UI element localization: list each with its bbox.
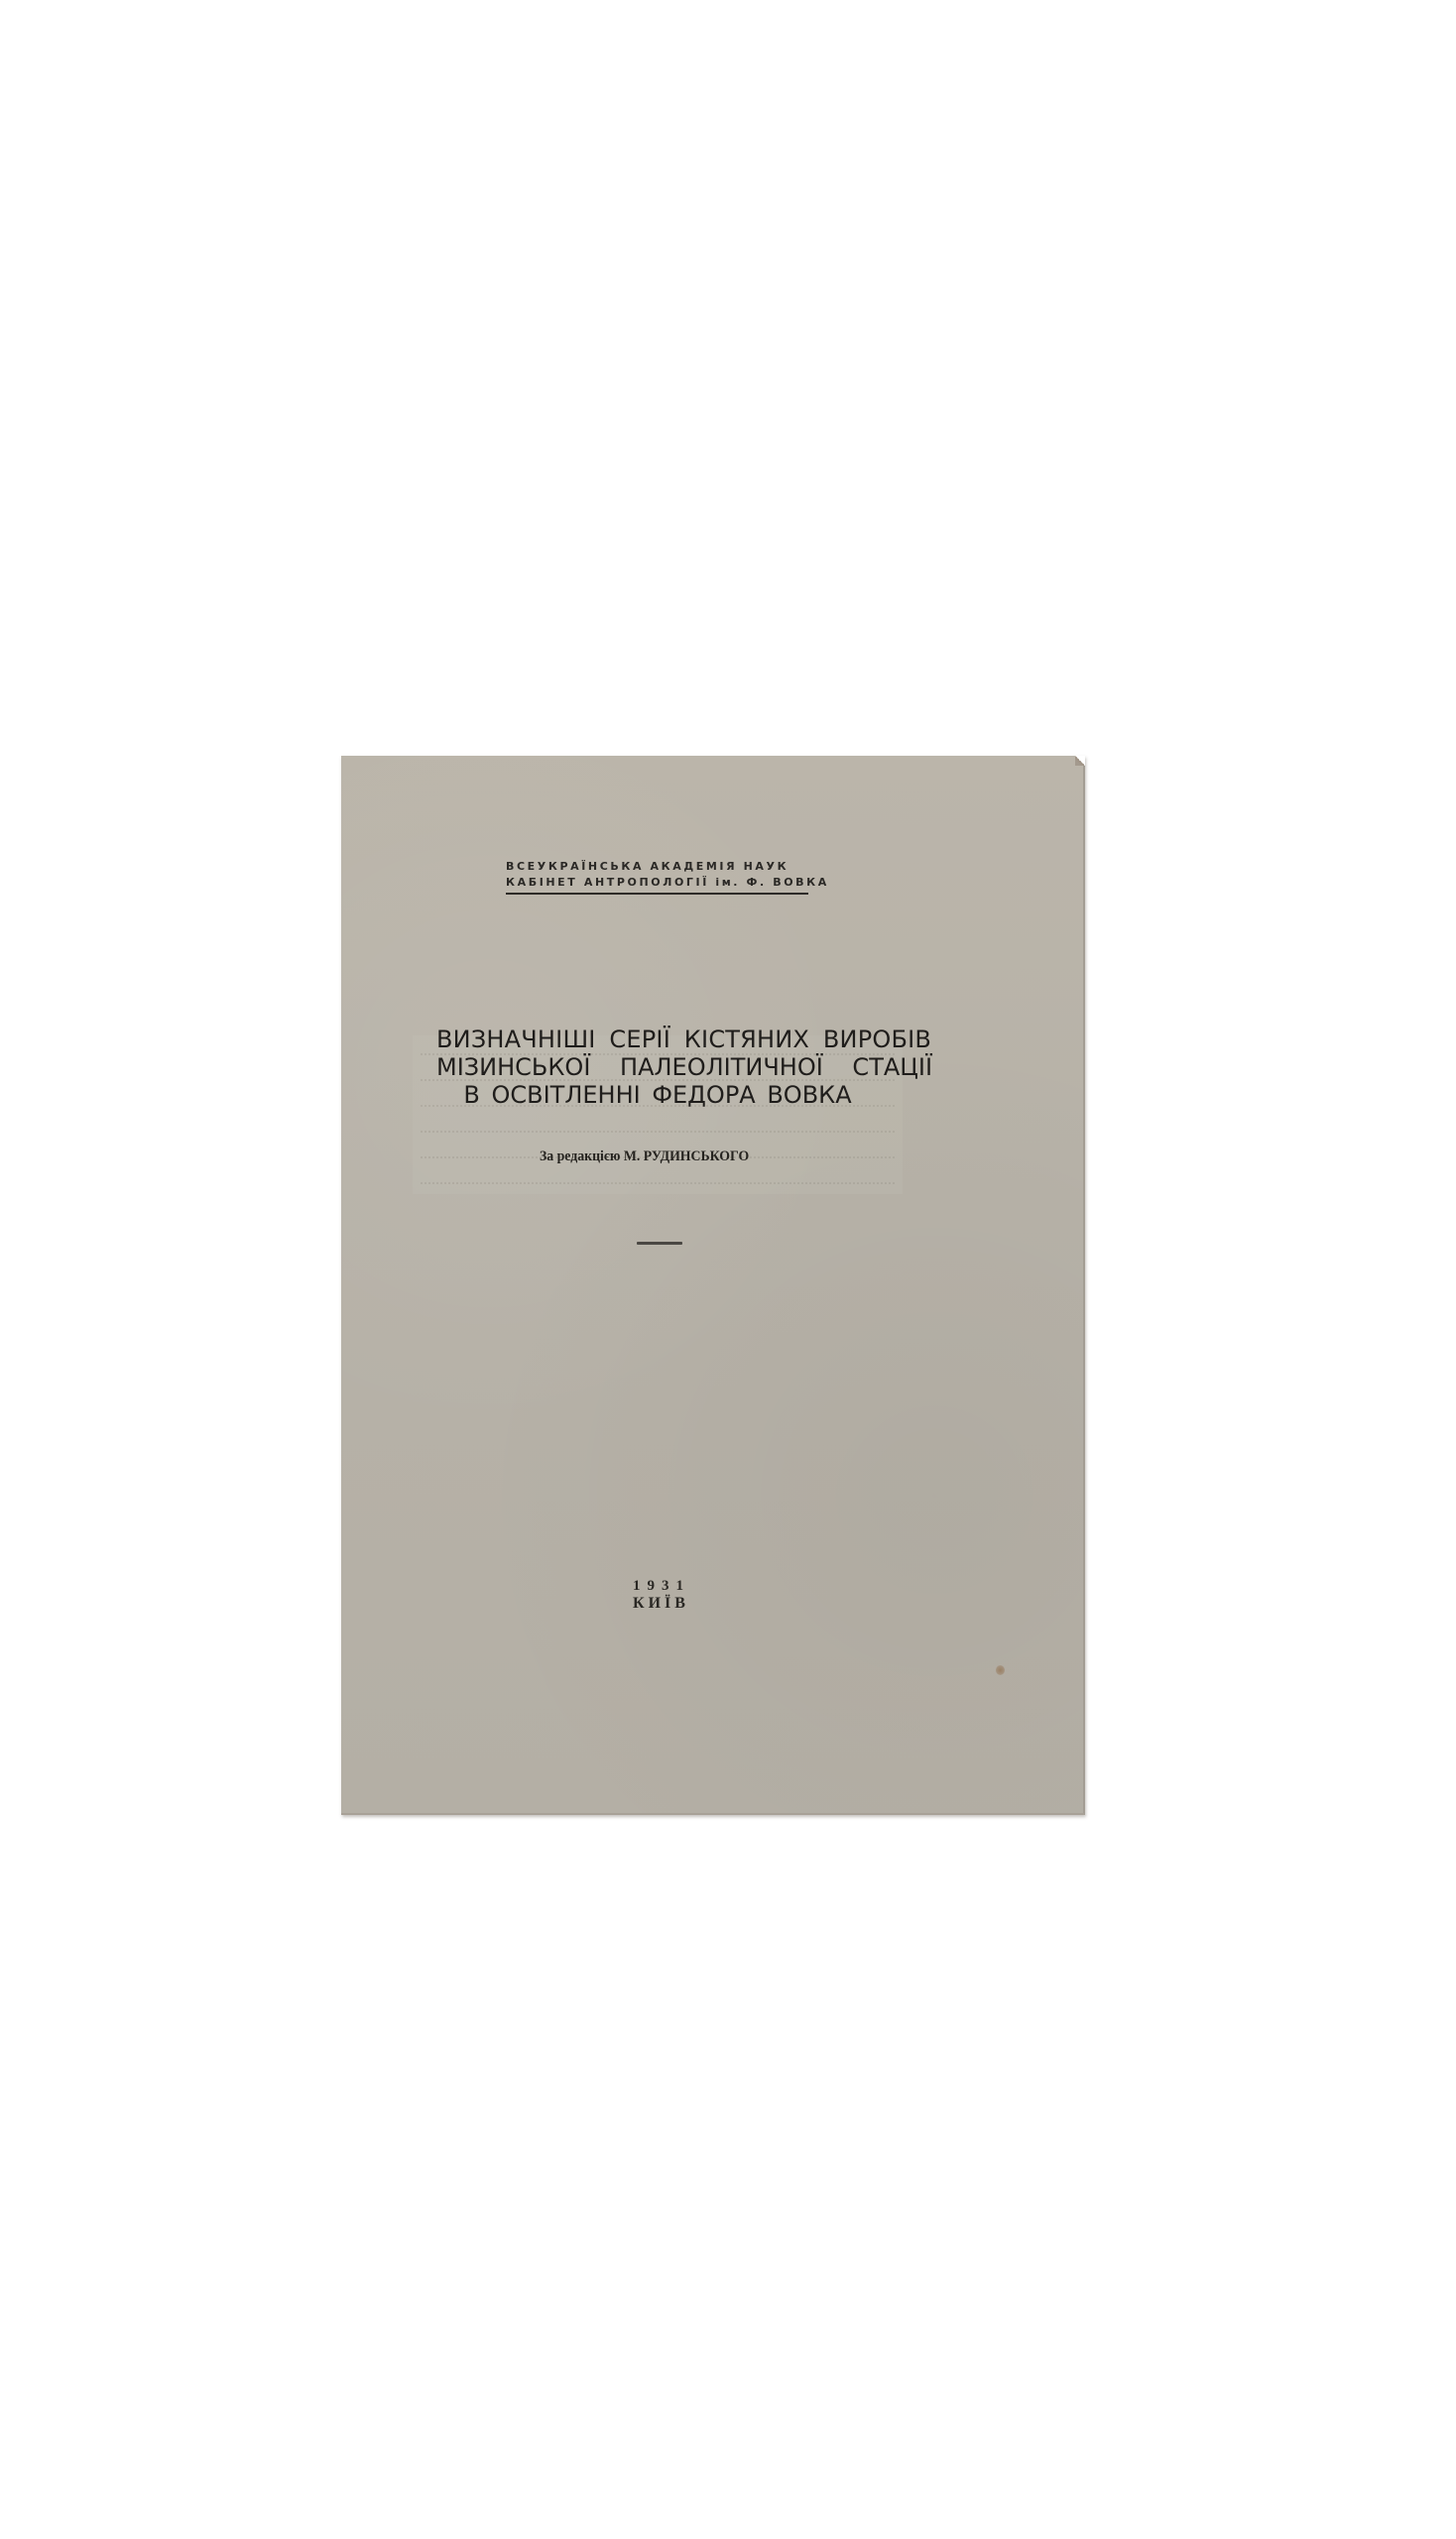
publication-year: 1931 <box>633 1577 692 1595</box>
ghost-line <box>421 1182 895 1192</box>
page-corner-wear <box>1075 756 1085 766</box>
editor-credit: За редакцією М. РУДИНСЬКОГО <box>540 1149 759 1165</box>
publication-city: КИЇВ <box>633 1595 692 1613</box>
short-divider <box>637 1242 682 1245</box>
title-line-2: МІЗИНСЬКОЇ ПАЛЕОЛІТИЧНОЇ СТАЦІЇ <box>436 1053 879 1081</box>
paper-stain <box>996 1665 1005 1675</box>
book-title: ВИЗНАЧНІШІ СЕРІЇ КІСТЯНИХ ВИРОБІВ МІЗИНС… <box>436 1026 879 1109</box>
header-underline <box>506 893 808 895</box>
institution-name: ВСЕУКРАЇНСЬКА АКАДЕМІЯ НАУК <box>506 859 808 875</box>
book-cover-page: ВСЕУКРАЇНСЬКА АКАДЕМІЯ НАУК КАБІНЕТ АНТР… <box>341 756 1085 1815</box>
title-line-1: ВИЗНАЧНІШІ СЕРІЇ КІСТЯНИХ ВИРОБІВ <box>436 1026 879 1053</box>
department-name: КАБІНЕТ АНТРОПОЛОГІЇ ім. Ф. ВОВКА <box>506 875 808 891</box>
ghost-line <box>421 1131 895 1141</box>
imprint: 1931 КИЇВ <box>633 1577 692 1613</box>
title-line-3: В ОСВІТЛЕННІ ФЕДОРА ВОВКА <box>436 1081 879 1109</box>
institution-header: ВСЕУКРАЇНСЬКА АКАДЕМІЯ НАУК КАБІНЕТ АНТР… <box>506 859 808 895</box>
